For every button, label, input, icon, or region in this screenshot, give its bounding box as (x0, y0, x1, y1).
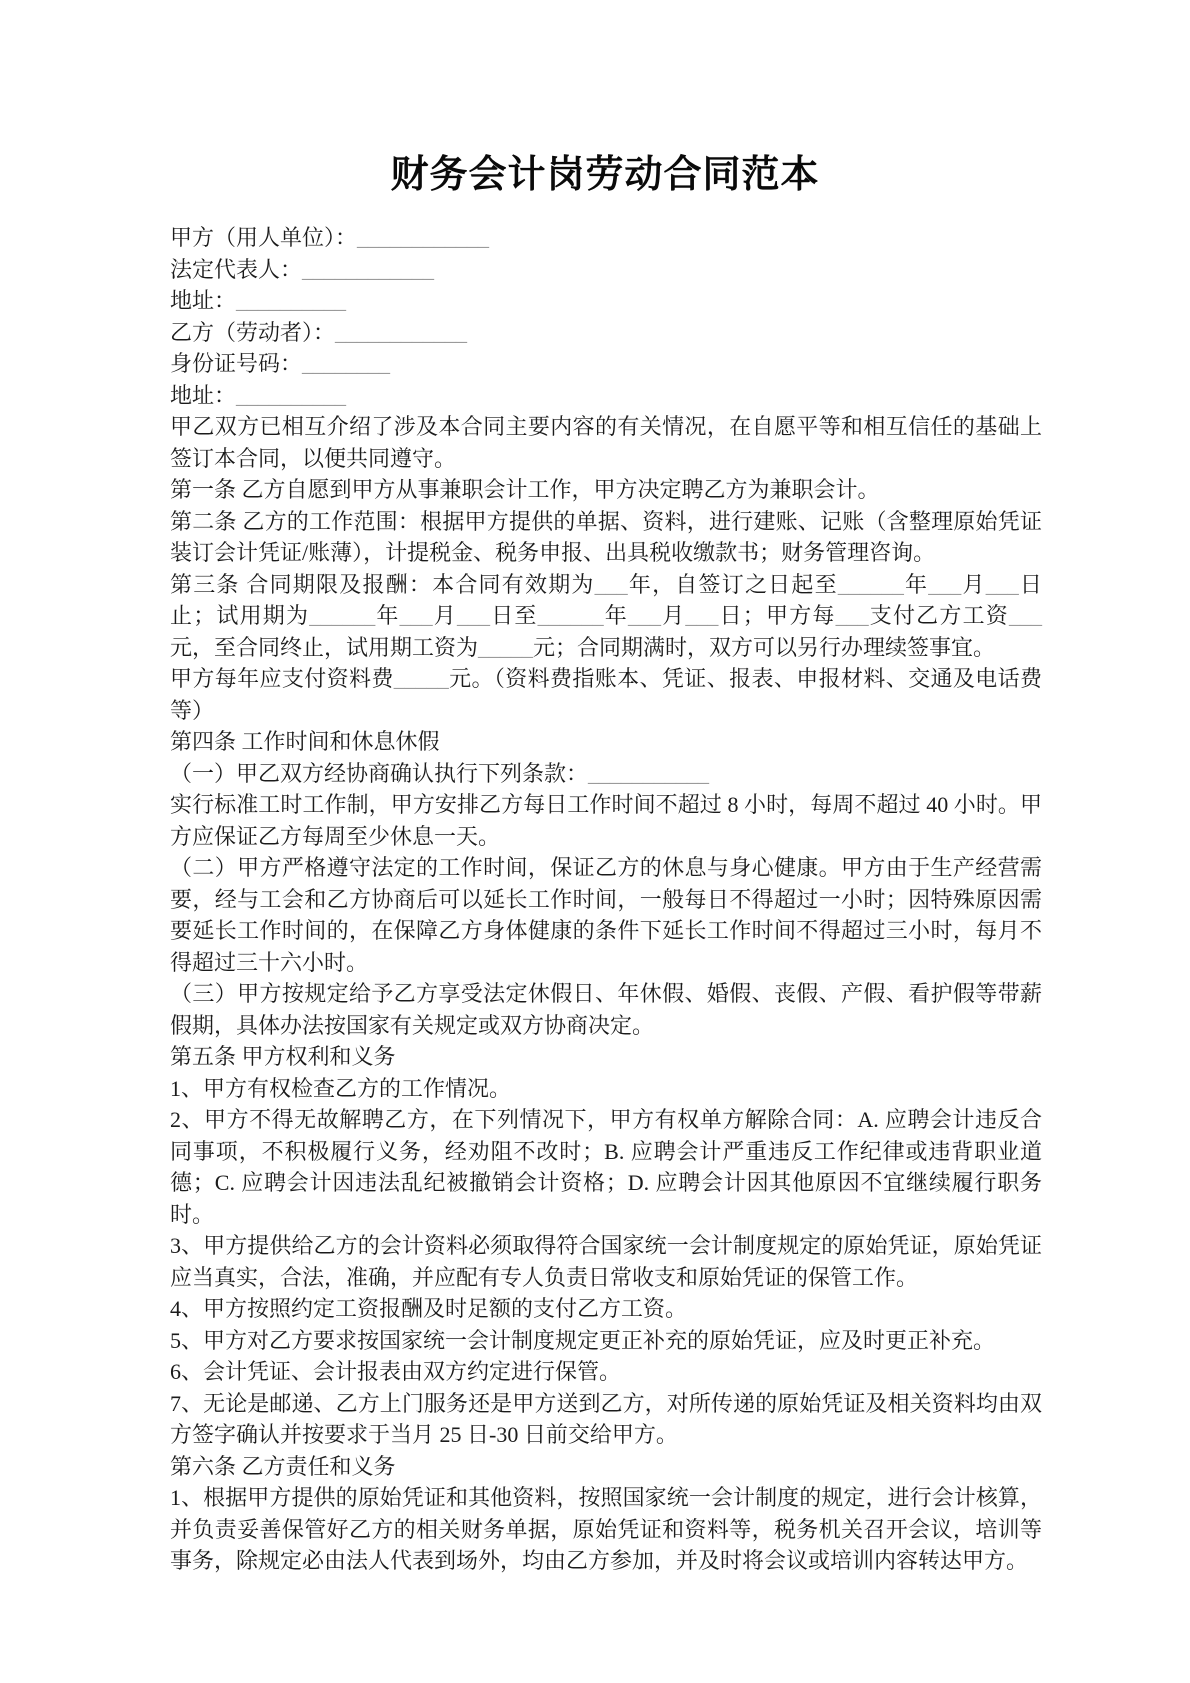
fill-in-blank-line: ___ (628, 603, 661, 628)
paragraph: 甲方（用人单位）：____________ (170, 222, 1042, 254)
document-title: 财务会计岗劳动合同范本 (170, 150, 1040, 200)
paragraph: （二）甲方严格遵守法定的工作时间，保证乙方的休息与身心健康。甲方由于生产经营需要… (170, 852, 1042, 978)
fill-in-blank-line: ___ (685, 603, 718, 628)
fill-in-blank-line: ___ (457, 603, 490, 628)
fill-in-blank-line: ____________ (335, 320, 467, 345)
paragraph: 6、会计凭证、会计报表由双方约定进行保管。 (170, 1356, 1042, 1388)
fill-in-blank-line: ___ (1009, 603, 1042, 628)
paragraph: 第四条 工作时间和休息休假 (170, 726, 1042, 758)
paragraph: 1、甲方有权检查乙方的工作情况。 (170, 1073, 1042, 1105)
fill-in-blank-line: __________ (236, 288, 346, 313)
fill-in-blank-line: ______ (538, 603, 604, 628)
paragraph: 第一条 乙方自愿到甲方从事兼职会计工作，甲方决定聘乙方为兼职会计。 (170, 474, 1042, 506)
paragraph: 4、甲方按照约定工资报酬及时足额的支付乙方工资。 (170, 1293, 1042, 1325)
fill-in-blank-line: _____ (394, 666, 449, 691)
fill-in-blank-line: _____ (478, 635, 533, 660)
paragraph: 甲方每年应支付资料费_____元。（资料费指账本、凭证、报表、申报材料、交通及电… (170, 663, 1042, 726)
paragraph: 法定代表人：____________ (170, 254, 1042, 286)
fill-in-blank-line: ______ (309, 603, 375, 628)
paragraph: 第六条 乙方责任和义务 (170, 1451, 1042, 1483)
fill-in-blank-line: ___ (400, 603, 433, 628)
paragraph: 身份证号码：________ (170, 348, 1042, 380)
paragraph: 5、甲方对乙方要求按国家统一会计制度规定更正补充的原始凭证，应及时更正补充。 (170, 1325, 1042, 1357)
paragraph: 1、根据甲方提供的原始凭证和其他资料，按照国家统一会计制度的规定，进行会计核算，… (170, 1482, 1042, 1577)
paragraph: 地址：__________ (170, 380, 1042, 412)
paragraph: 甲乙双方已相互介绍了涉及本合同主要内容的有关情况，在自愿平等和相互信任的基础上签… (170, 411, 1042, 474)
paragraph: 第二条 乙方的工作范围：根据甲方提供的单据、资料，进行建账、记账（含整理原始凭证… (170, 506, 1042, 569)
fill-in-blank-line: ___ (986, 572, 1019, 597)
fill-in-blank-line: ___ (928, 572, 961, 597)
paragraph: （三）甲方按规定给予乙方享受法定休假日、年休假、婚假、丧假、产假、看护假等带薪假… (170, 978, 1042, 1041)
paragraph: 乙方（劳动者）：____________ (170, 317, 1042, 349)
fill-in-blank-line: ___ (595, 572, 628, 597)
paragraph: 7、无论是邮递、乙方上门服务还是甲方送到乙方，对所传递的原始凭证及相关资料均由双… (170, 1388, 1042, 1451)
paragraph: （一）甲乙双方经协商确认执行下列条款：___________ (170, 758, 1042, 790)
document-body: 甲方（用人单位）：____________法定代表人：____________地… (170, 222, 1042, 1577)
paragraph: 地址：__________ (170, 285, 1042, 317)
paragraph: 2、甲方不得无故解聘乙方，在下列情况下，甲方有权单方解除合同：A. 应聘会计违反… (170, 1104, 1042, 1230)
fill-in-blank-line: ____________ (357, 225, 489, 250)
fill-in-blank-line: ______ (838, 572, 904, 597)
paragraph: 实行标准工时工作制，甲方安排乙方每日工作时间不超过 8 小时，每周不超过 40 … (170, 789, 1042, 852)
paragraph: 第三条 合同期限及报酬：本合同有效期为___年，自签订之日起至______年__… (170, 569, 1042, 664)
fill-in-blank-line: ____________ (302, 257, 434, 282)
fill-in-blank-line: ________ (302, 351, 390, 376)
fill-in-blank-line: __________ (236, 383, 346, 408)
paragraph: 3、甲方提供给乙方的会计资料必须取得符合国家统一会计制度规定的原始凭证，原始凭证… (170, 1230, 1042, 1293)
fill-in-blank-line: ___ (836, 603, 869, 628)
paragraph: 第五条 甲方权利和义务 (170, 1041, 1042, 1073)
contract-document-page: 财务会计岗劳动合同范本 甲方（用人单位）：____________法定代表人：_… (0, 0, 1190, 1683)
fill-in-blank-line: ___________ (588, 761, 709, 786)
